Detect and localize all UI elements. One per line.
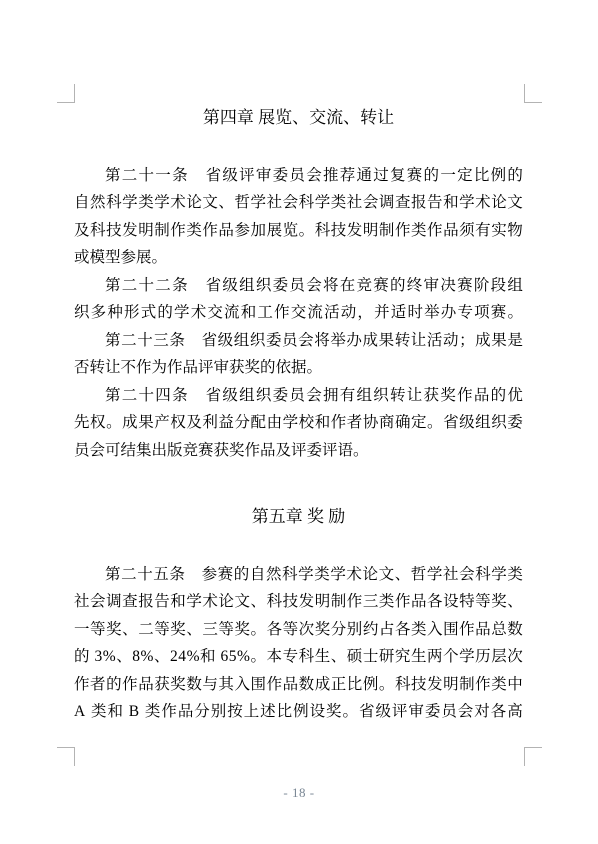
text-line: 员会可结集出版竞赛获奖作品及评委评语。	[74, 437, 523, 465]
text-line: 及科技发明制作类作品参加展览。科技发明制作类作品须有实物	[74, 217, 523, 245]
text-line: 的 3%、8%、24%和 65%。本专科生、硕士研究生两个学历层次	[74, 643, 523, 671]
text-boundary-mark-top-left	[57, 84, 75, 103]
text-line: A 类和 B 类作品分别按上述比例设奖。省级评审委员会对各高	[74, 698, 523, 726]
text-line: 第二十三条 省级组织委员会将举办成果转让活动；成果是	[74, 327, 523, 355]
text-boundary-mark-bottom-left	[57, 747, 75, 766]
article-24-paragraph: 第二十四条 省级组织委员会拥有组织转让获奖作品的优 先权。成果产权及利益分配由学…	[74, 382, 523, 465]
text-line: 第二十五条 参赛的自然科学类学术论文、哲学社会科学类	[74, 561, 523, 589]
text-line: 自然科学类学术论文、哲学社会科学类社会调查报告和学术论文	[74, 189, 523, 217]
article-25-paragraph: 第二十五条 参赛的自然科学类学术论文、哲学社会科学类 社会调查报告和学术论文、科…	[74, 561, 523, 726]
text-line: 社会调查报告和学术论文、科技发明制作三类作品各设特等奖、	[74, 588, 523, 616]
article-21-paragraph: 第二十一条 省级评审委员会推荐通过复赛的一定比例的 自然科学类学术论文、哲学社会…	[74, 162, 523, 272]
text-line: 第二十二条 省级组织委员会将在竞赛的终审决赛阶段组	[74, 272, 523, 300]
text-boundary-mark-top-right	[524, 84, 542, 103]
text-line: 第二十四条 省级组织委员会拥有组织转让获奖作品的优	[74, 382, 523, 410]
text-line: 第二十一条 省级评审委员会推荐通过复赛的一定比例的	[74, 162, 523, 190]
text-boundary-mark-bottom-right	[524, 747, 542, 766]
text-area: 第四章 展览、交流、转让 第二十一条 省级评审委员会推荐通过复赛的一定比例的 自…	[74, 102, 523, 726]
text-line: 否转让不作为作品评审获奖的依据。	[74, 354, 523, 382]
text-line: 作者的作品获奖数与其入围作品数成正比例。科技发明制作类中	[74, 671, 523, 699]
page-number: - 18 -	[0, 785, 598, 801]
article-23-paragraph: 第二十三条 省级组织委员会将举办成果转让活动；成果是 否转让不作为作品评审获奖的…	[74, 327, 523, 382]
document-page: 第四章 展览、交流、转让 第二十一条 省级评审委员会推荐通过复赛的一定比例的 自…	[0, 0, 598, 844]
text-line: 织多种形式的学术交流和工作交流活动，并适时举办专项赛。	[74, 299, 523, 327]
text-line: 先权。成果产权及利益分配由学校和作者协商确定。省级组织委	[74, 409, 523, 437]
chapter-5-heading: 第五章 奖 励	[74, 503, 523, 531]
text-line: 或模型参展。	[74, 244, 523, 272]
text-line: 一等奖、二等奖、三等奖。各等次奖分别约占各类入围作品总数	[74, 616, 523, 644]
article-22-paragraph: 第二十二条 省级组织委员会将在竞赛的终审决赛阶段组 织多种形式的学术交流和工作交…	[74, 272, 523, 327]
chapter-4-heading: 第四章 展览、交流、转让	[74, 104, 523, 132]
